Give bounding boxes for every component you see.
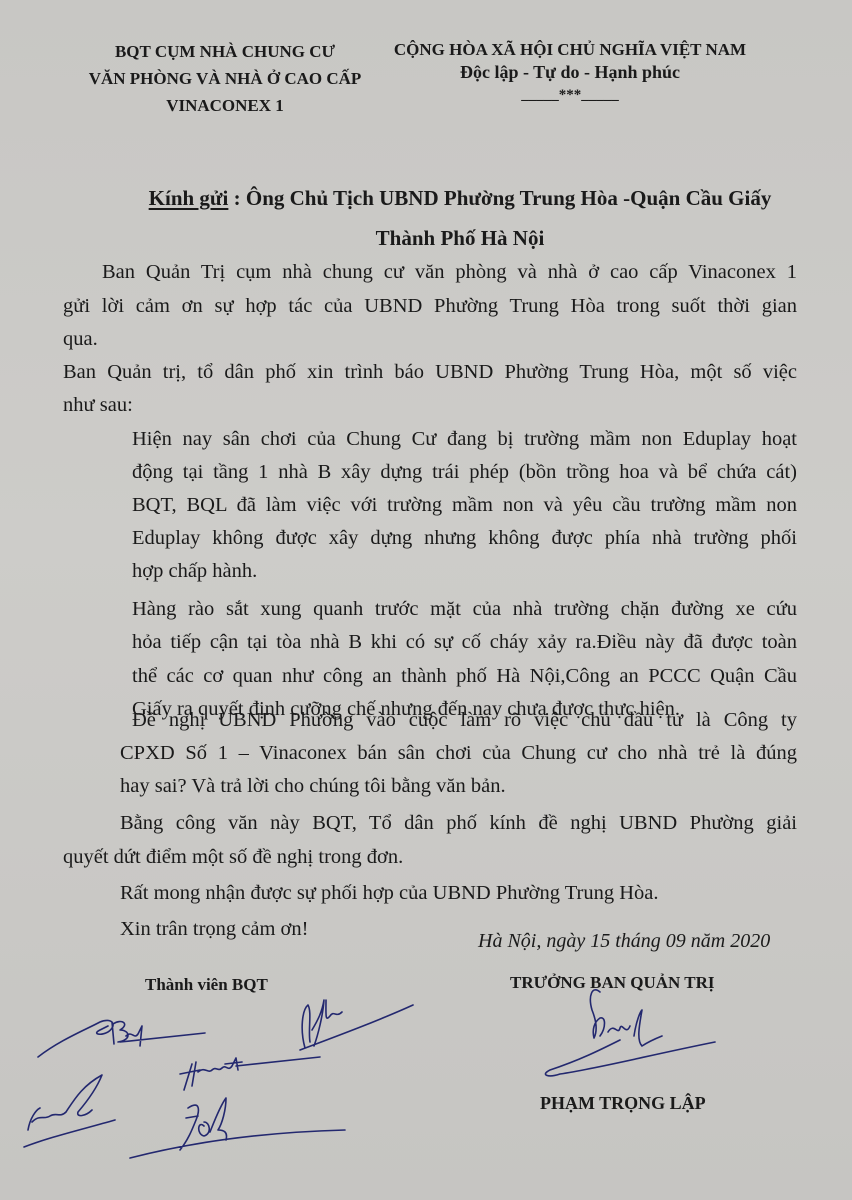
chairman-signature <box>0 0 852 1200</box>
